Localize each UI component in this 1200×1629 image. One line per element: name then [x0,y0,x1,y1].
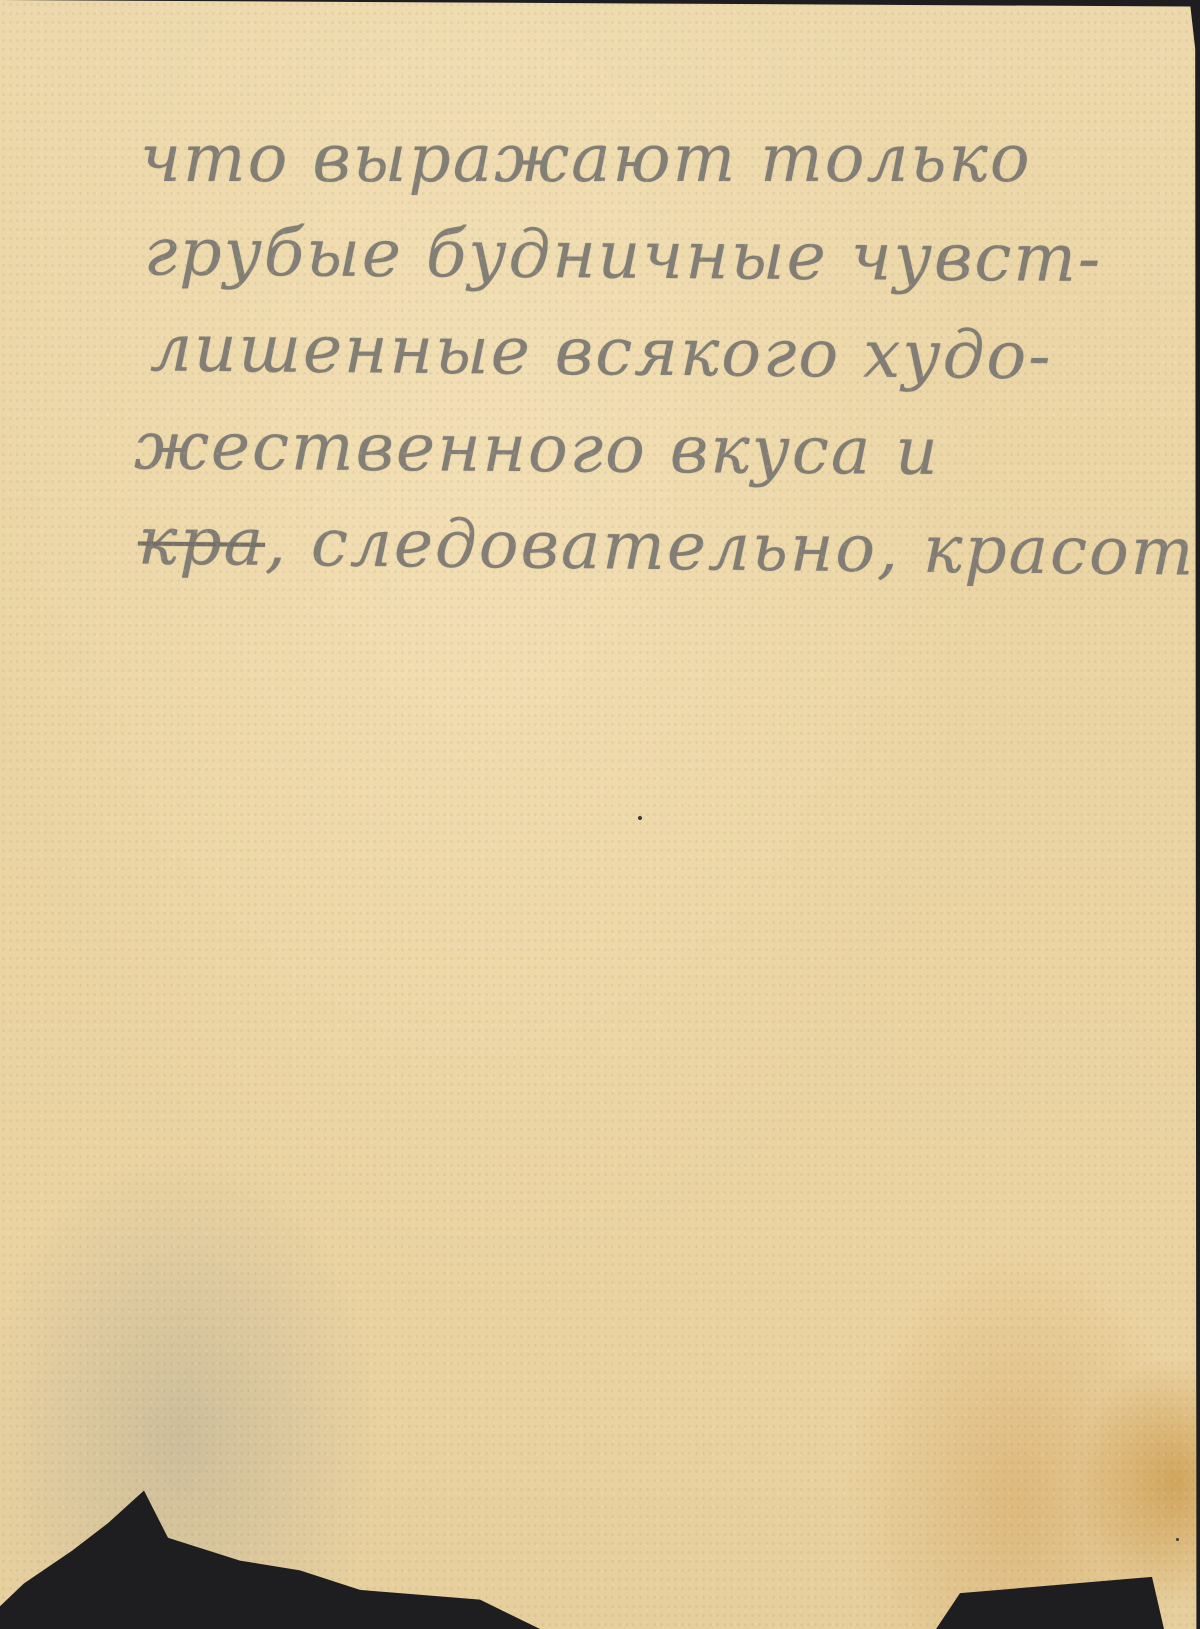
text-line-3: лишенные всякого худо- [150,299,1200,405]
paper-sheet: что выражают только грубые будничные чув… [0,0,1200,1629]
text-line-5-rest: , следовательно, красоты [265,504,1200,591]
struck-through-word: кра [138,503,266,581]
text-line-5: кра, следовательно, красоты [138,493,1189,601]
handwritten-text: что выражают только грубые будничные чув… [140,110,1190,595]
paper-speck [638,816,642,820]
text-line-1: что выражают только [140,110,1190,207]
text-line-4: жественного вкуса и [134,397,1185,501]
paper-speck [1176,1538,1179,1541]
text-line-2: грубые будничные чувст- [144,203,1195,307]
scanned-page: что выражают только грубые будничные чув… [0,0,1200,1629]
